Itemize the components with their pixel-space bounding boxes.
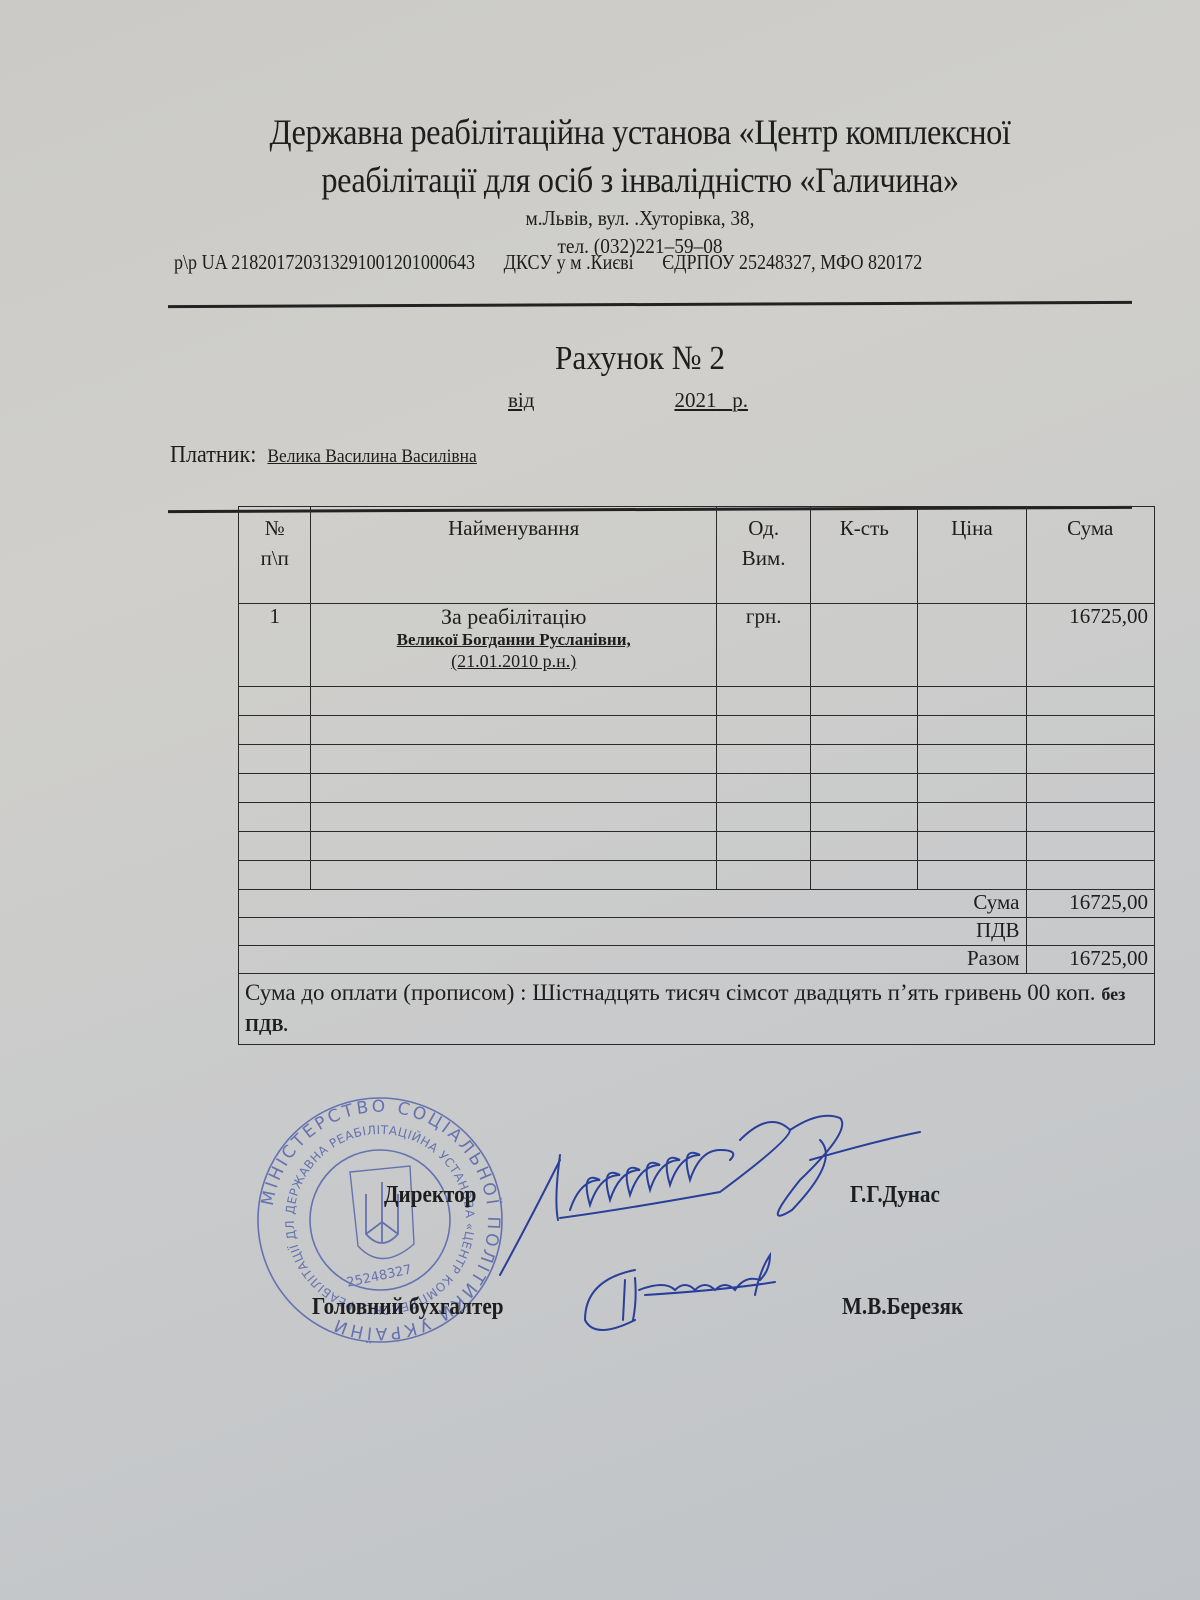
table-row-empty xyxy=(239,861,1155,890)
empty-cell xyxy=(239,716,311,745)
subtotal-label: Сума xyxy=(239,890,1027,918)
empty-cell xyxy=(1026,803,1155,832)
invoice-page: Державна реабілітаційна установа «Центр … xyxy=(0,0,1200,1600)
bank-treasury: ДКСУ у м .Києві xyxy=(504,250,634,274)
cell-price xyxy=(918,604,1026,687)
empty-cell xyxy=(311,687,717,716)
total-label: Разом xyxy=(239,946,1027,974)
empty-cell xyxy=(811,745,918,774)
total-value: 16725,00 xyxy=(1026,946,1155,974)
date-prefix: від xyxy=(508,388,534,412)
accountant-name: М.В.Березяк xyxy=(842,1294,963,1321)
invoice-date: від2021 р. xyxy=(508,388,748,413)
empty-cell xyxy=(716,832,810,861)
header-no: №п\п xyxy=(239,507,311,604)
empty-cell xyxy=(918,716,1026,745)
vat-label: ПДВ xyxy=(239,918,1027,946)
header-name: Найменування xyxy=(311,507,717,604)
empty-cell xyxy=(239,803,311,832)
table-row: 1 За реабілітацію Великої Богданни Русла… xyxy=(239,604,1155,687)
empty-cell xyxy=(1026,861,1155,890)
total-row: Разом 16725,00 xyxy=(239,946,1155,974)
invoice-title: Рахунок № 2 xyxy=(493,340,787,378)
empty-cell xyxy=(918,861,1026,890)
vat-row: ПДВ xyxy=(239,918,1155,946)
empty-cell xyxy=(311,745,717,774)
empty-cell xyxy=(918,774,1026,803)
empty-cell xyxy=(811,774,918,803)
empty-cell xyxy=(311,832,717,861)
empty-cell xyxy=(811,687,918,716)
empty-cell xyxy=(716,745,810,774)
words-text: Шістнадцять тисяч сімсот двадцять п’ять … xyxy=(532,980,1095,1005)
invoice-table: №п\п Найменування Од.Вим. К-сть Ціна Сум… xyxy=(238,506,1155,1045)
empty-cell xyxy=(239,832,311,861)
amount-in-words: Сума до оплати (прописом) : Шістнадцять … xyxy=(239,974,1155,1045)
header-unit: Од.Вим. xyxy=(716,507,810,604)
empty-cell xyxy=(239,745,311,774)
table-row-empty xyxy=(239,832,1155,861)
org-header: Державна реабілітаційна установа «Центр … xyxy=(160,108,1120,260)
empty-cell xyxy=(918,687,1026,716)
header-divider xyxy=(168,301,1132,308)
empty-cell xyxy=(811,832,918,861)
accountant-signature-icon xyxy=(575,1250,795,1340)
empty-cell xyxy=(239,774,311,803)
date-year: 2021 xyxy=(674,388,716,412)
empty-cell xyxy=(918,832,1026,861)
service-recipient: Великої Богданни Русланівни, xyxy=(311,630,716,650)
empty-cell xyxy=(311,803,717,832)
empty-cell xyxy=(239,861,311,890)
payer-name: Велика Василина Василівна xyxy=(267,446,476,467)
empty-cell xyxy=(239,687,311,716)
org-name-line2: реабілітації для осіб з інвалідністю «Га… xyxy=(208,156,1072,204)
empty-cell xyxy=(311,716,717,745)
empty-cell xyxy=(716,716,810,745)
empty-cell xyxy=(1026,687,1155,716)
subtotal-value: 16725,00 xyxy=(1026,890,1155,918)
accountant-label: Головний бухгалтер xyxy=(312,1294,503,1321)
empty-cell xyxy=(311,774,717,803)
table-row-empty xyxy=(239,716,1155,745)
empty-cell xyxy=(716,687,810,716)
table-row-empty xyxy=(239,803,1155,832)
empty-cell xyxy=(918,745,1026,774)
header-price: Ціна xyxy=(918,507,1026,604)
table-row-empty xyxy=(239,687,1155,716)
amount-in-words-row: Сума до оплати (прописом) : Шістнадцять … xyxy=(239,974,1155,1045)
empty-cell xyxy=(311,861,717,890)
empty-cell xyxy=(918,803,1026,832)
payer-label: Платник: xyxy=(170,442,256,468)
org-name-line1: Державна реабілітаційна установа «Центр … xyxy=(208,108,1072,156)
cell-name: За реабілітацію Великої Богданни Руслані… xyxy=(311,604,717,687)
vat-value xyxy=(1026,918,1155,946)
empty-cell xyxy=(811,861,918,890)
empty-cell xyxy=(1026,716,1155,745)
bank-details: р\р UA 218201720313291001201000643 ДКСУ … xyxy=(174,250,946,275)
payer: Платник: Велика Василина Василівна xyxy=(170,442,477,469)
empty-cell xyxy=(1026,774,1155,803)
empty-cell xyxy=(811,716,918,745)
empty-cell xyxy=(811,803,918,832)
cell-unit: грн. xyxy=(716,604,810,687)
date-suffix: р. xyxy=(732,388,748,412)
cell-sum: 16725,00 xyxy=(1026,604,1155,687)
empty-cell xyxy=(1026,832,1155,861)
cell-no: 1 xyxy=(239,604,311,687)
header-qty: К-сть xyxy=(811,507,918,604)
table-row-empty xyxy=(239,745,1155,774)
empty-cell xyxy=(1026,745,1155,774)
service-description: За реабілітацію xyxy=(311,604,716,630)
cell-qty xyxy=(811,604,918,687)
table-row-empty xyxy=(239,774,1155,803)
subtotal-row: Сума 16725,00 xyxy=(239,890,1155,918)
empty-cell xyxy=(716,774,810,803)
recipient-birthdate: (21.01.2010 р.н.) xyxy=(311,650,716,672)
org-codes: ЄДРПОУ 25248327, МФО 820172 xyxy=(662,250,922,274)
words-label: Сума до оплати (прописом) : xyxy=(245,980,527,1005)
empty-cell xyxy=(716,861,810,890)
table-header-row: №п\п Найменування Од.Вим. К-сть Ціна Сум… xyxy=(239,507,1155,604)
bank-account: р\р UA 218201720313291001201000643 xyxy=(174,250,475,274)
org-address: м.Львів, вул. .Хуторівка, 38, xyxy=(198,204,1081,232)
empty-cell xyxy=(716,803,810,832)
header-sum: Сума xyxy=(1026,507,1155,604)
